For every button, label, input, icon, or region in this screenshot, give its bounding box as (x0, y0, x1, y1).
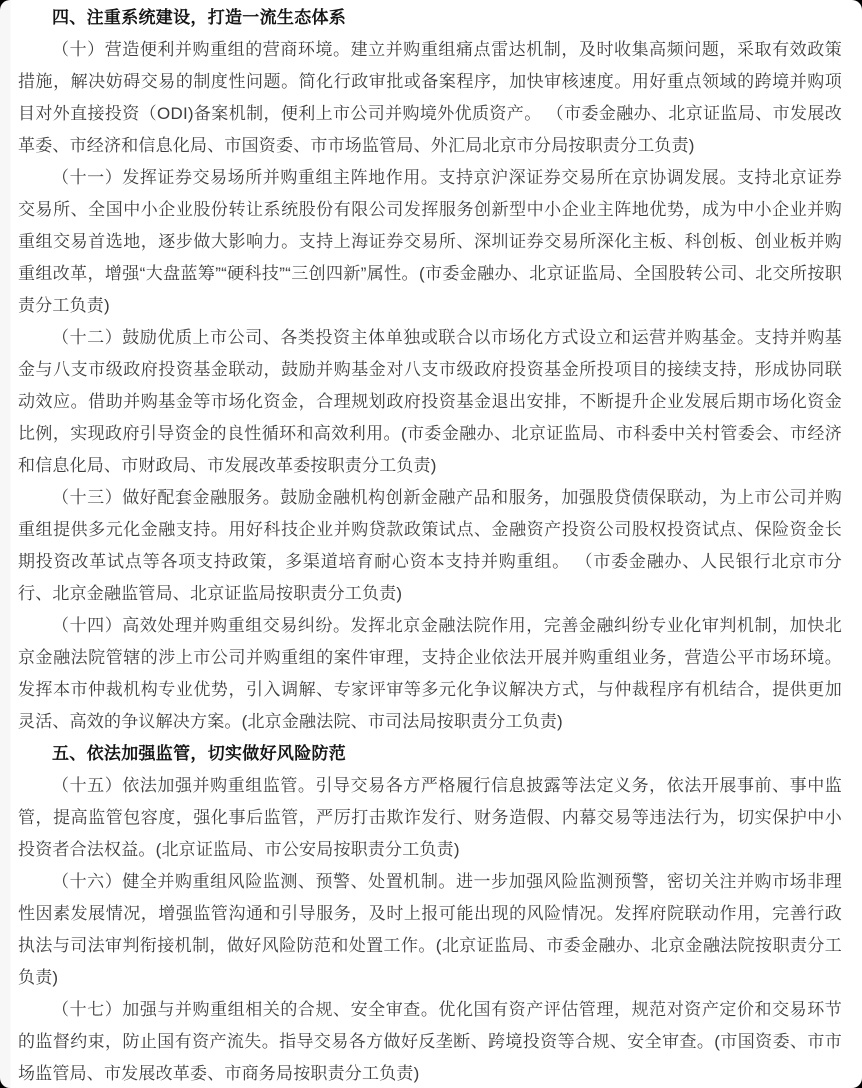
document-body: 四、注重系统建设，打造一流生态体系（十）营造便利并购重组的营商环境。建立并购重组… (18, 2, 842, 1088)
section-paragraph: （十）营造便利并购重组的营商环境。建立并购重组痛点雷达机制，及时收集高频问题，采… (18, 34, 842, 162)
section-paragraph: （十六）健全并购重组风险监测、预警、处置机制。进一步加强风险监测预警，密切关注并… (18, 866, 842, 994)
section-paragraph: （十七）加强与并购重组相关的合规、安全审查。优化国有资产评估管理，规范对资产定价… (18, 994, 842, 1088)
section-heading: 五、依法加强监管，切实做好风险防范 (18, 738, 842, 770)
section-paragraph: （十三）做好配套金融服务。鼓励金融机构创新金融产品和服务，加强股贷债保联动，为上… (18, 482, 842, 610)
document-page: 四、注重系统建设，打造一流生态体系（十）营造便利并购重组的营商环境。建立并购重组… (0, 0, 862, 1088)
section-paragraph: （十四）高效处理并购重组交易纠纷。发挥北京金融法院作用，完善金融纠纷专业化审判机… (18, 610, 842, 738)
section-paragraph: （十二）鼓励优质上市公司、各类投资主体单独或联合以市场化方式设立和运营并购基金。… (18, 322, 842, 482)
section-paragraph: （十一）发挥证券交易场所并购重组主阵地作用。支持京沪深证券交易所在京协调发展。支… (18, 162, 842, 322)
section-paragraph: （十五）依法加强并购重组监管。引导交易各方严格履行信息披露等法定义务，依法开展事… (18, 770, 842, 866)
section-heading: 四、注重系统建设，打造一流生态体系 (18, 2, 842, 34)
